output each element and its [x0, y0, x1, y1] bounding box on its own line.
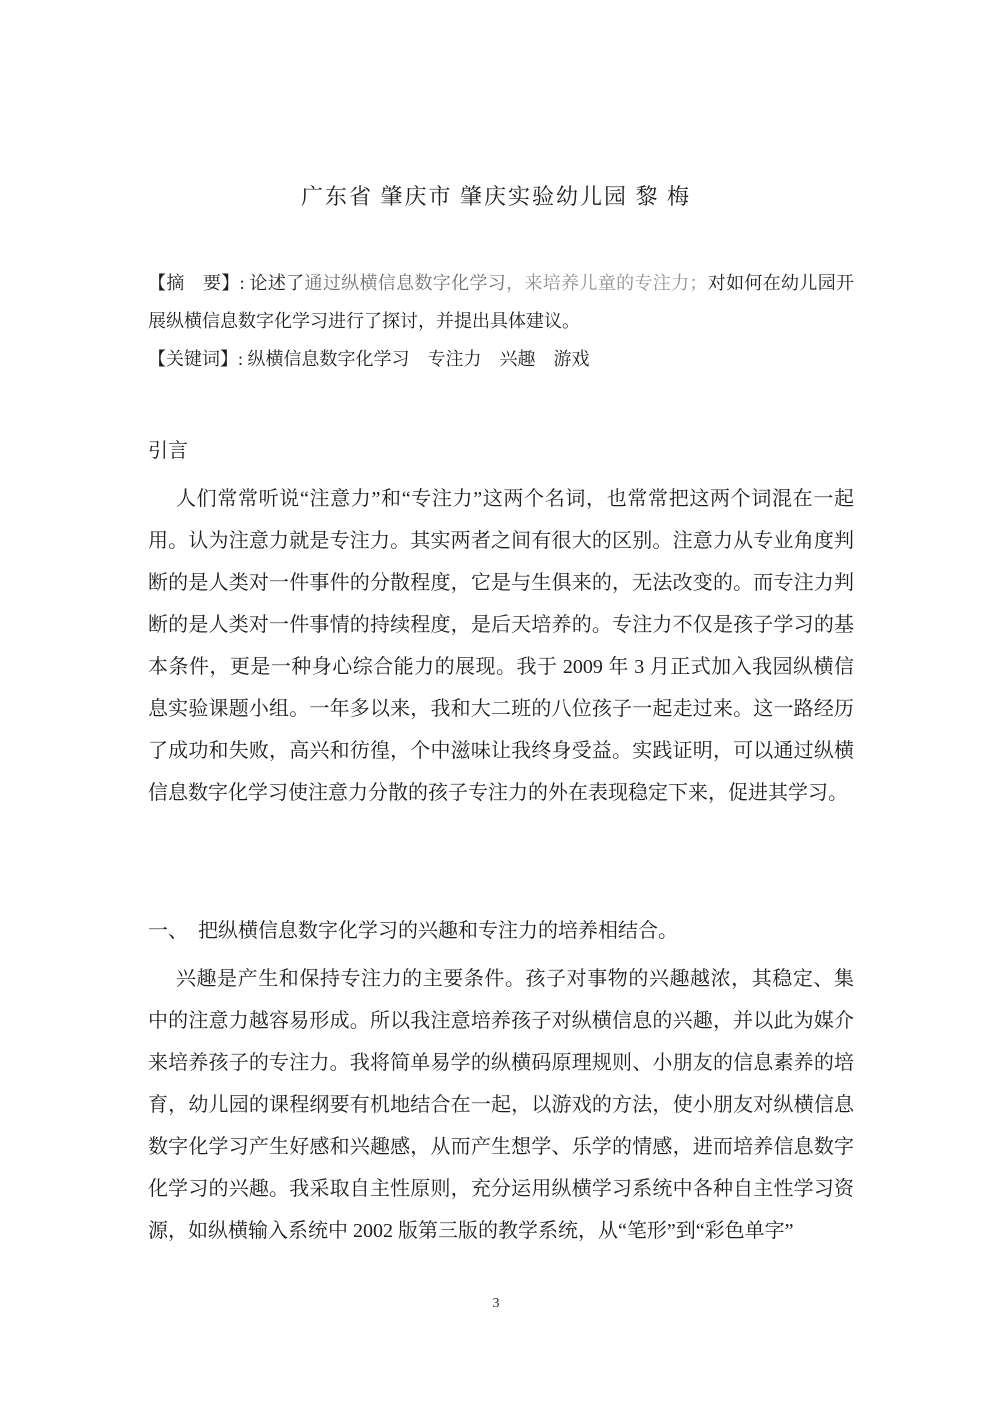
document-page: 广东省 肇庆市 肇庆实验幼儿园 黎 梅 【摘 要】: 论述了通过纵横信息数字化学… — [0, 0, 992, 1403]
section1-heading: 一、 把纵横信息数字化学习的兴趣和专注力的培养相结合。 — [148, 916, 854, 946]
abstract-segment-1: 论述了 — [249, 273, 304, 293]
abstract-segment-2: 通过纵横信息数字化学习 — [304, 273, 506, 293]
abstract-block: 【摘 要】: 论述了通过纵横信息数字化学习，来培养儿童的专注力；对如何在幼儿园开… — [148, 264, 854, 378]
abstract-label: 【摘 要】: — [148, 273, 249, 293]
keywords-line: 【关键词】: 纵横信息数字化学习 专注力 兴趣 游戏 — [148, 340, 854, 378]
abstract-segment-3: ，来培养儿童的专注力； — [506, 273, 707, 293]
keywords-text: 纵横信息数字化学习 专注力 兴趣 游戏 — [248, 349, 590, 369]
keywords-label: 【关键词】: — [148, 349, 248, 369]
section1-paragraph: 兴趣是产生和保持专注力的主要条件。孩子对事物的兴趣越浓，其稳定、集中的注意力越容… — [148, 958, 854, 1252]
intro-heading: 引言 — [148, 436, 854, 466]
page-title: 广东省 肇庆市 肇庆实验幼儿园 黎 梅 — [0, 180, 992, 211]
page-number: 3 — [0, 1296, 992, 1312]
intro-paragraph: 人们常常听说“注意力”和“专注力”这两个名词，也常常把这两个词混在一起用。认为注… — [148, 478, 854, 814]
abstract-paragraph: 【摘 要】: 论述了通过纵横信息数字化学习，来培养儿童的专注力；对如何在幼儿园开… — [148, 264, 854, 340]
